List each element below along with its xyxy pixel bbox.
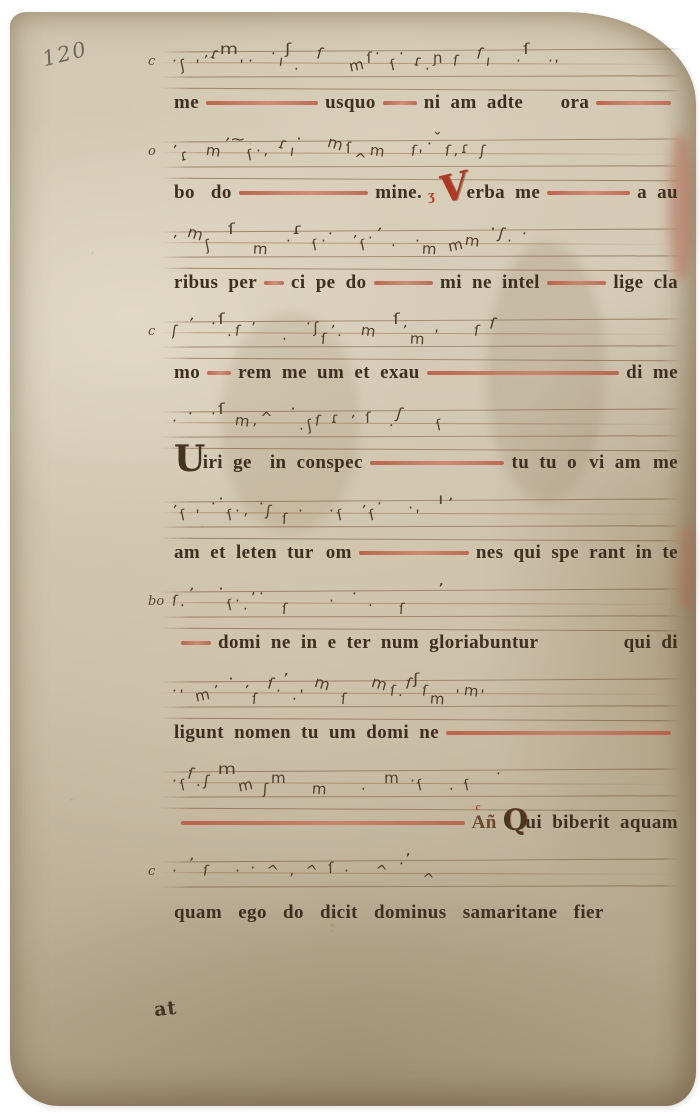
text-spacer	[252, 463, 270, 464]
lyric-text-row: AñcQui biberit aquam	[174, 812, 678, 834]
lyric-text-row: meusquoni am adteora	[174, 92, 678, 114]
lyric-segment: mo	[174, 362, 200, 384]
neume-glyph: ſ	[250, 679, 261, 716]
chant-system: ʼſ ʼ ··ſ·ʼ ·ʃ ſ · ·ſ ʼſ· ·ʼ ıʼam et lete…	[152, 492, 686, 580]
neume-row: · ʼ ſ · · ^ ʼ ^ ſ · ^ ·ʼ ^	[172, 848, 680, 896]
lyric-segment: a au	[637, 182, 678, 204]
neume-glyph: ʃ	[477, 131, 491, 172]
chant-system: ʼ mʃ ſ m ·ɾ ſ·· ʼſ·ʼ · ·m mm ·ʃ· ·ribus …	[152, 222, 686, 310]
neume-glyph: ɾ	[292, 218, 306, 249]
text-spacer	[195, 193, 211, 194]
lyric-text-row: morem me um et exaudi me	[174, 362, 678, 384]
lyric-segment: mi ne intel	[440, 272, 540, 294]
clef-letter: c	[148, 324, 155, 339]
lyric-segment: rem me um et exau	[238, 362, 420, 384]
neume-glyph: ·	[424, 49, 435, 86]
text-spacer	[641, 463, 653, 464]
neume-glyph: ſ	[523, 38, 533, 69]
red-filler-line	[370, 461, 505, 465]
staff-line	[160, 88, 682, 92]
lyric-text-row: quam ego do dicit dominus samaritane fie…	[174, 902, 678, 924]
lyric-segment: bo	[174, 182, 195, 204]
neume-row: ·ʃ ʼʼɾmʼ· ·ıʃ· ſ mſ· ſ· ɾ·ɲ ſ ſı ·ſ ·ʼ	[172, 38, 680, 86]
lyric-segment: nes qui spe rant in te	[476, 542, 678, 564]
neume-row: ʼſ ʼ ··ſ·ʼ ·ʃ ſ · ·ſ ʼſ· ·ʼ ıʼ	[172, 488, 680, 536]
lyric-text-row: domi ne in e ter num gloriabunturqui di	[174, 632, 678, 654]
lyric-segment: domi ne in e ter num gloriabuntur	[218, 632, 538, 654]
lyric-segment: am et leten tur	[174, 542, 314, 564]
staff-line	[160, 268, 682, 272]
red-filler-line	[207, 371, 231, 375]
staff-line	[160, 808, 682, 812]
neume-glyph: ·	[242, 589, 253, 626]
text-spacer	[538, 643, 623, 644]
neume-row: · · ·ſ mʼ^ ··ʃſ ɾ ʼ ſ ·ʃ ſ	[172, 398, 680, 446]
folio-number: 120	[40, 37, 91, 71]
lyric-segment: me	[515, 182, 540, 204]
neume-row: ſ·ʼ ·ſ··ʼ· ſ · · · ſ ʼ	[172, 578, 680, 626]
red-initial-v: V	[440, 183, 468, 190]
neume-glyph: m	[429, 678, 449, 716]
lyric-segment: me	[653, 452, 678, 474]
neume-row: ʼɾ mʼ~ſ·ʼ ɾı· mſ^m ſʼ·ˇſʼɾ ʃ	[172, 128, 680, 176]
lyric-text-row: am et leten turomnes qui spe rant in te	[174, 542, 678, 564]
lyric-text-row: ribus perci pe domi ne intellige cla	[174, 272, 678, 294]
lyric-segment: do	[211, 182, 232, 204]
staff-line	[160, 178, 682, 182]
red-filler-line	[181, 641, 211, 645]
neume-glyph: ·	[448, 769, 459, 806]
chant-system: ·ſſ·ʃ mm ʃm m · m ·ſ · ſ ·AñcQui biberit…	[152, 762, 686, 850]
chant-system: c·ʃ ʼʼɾmʼ· ·ıʃ· ſ mſ· ſ· ɾ·ɲ ſ ſı ·ſ ·ʼm…	[152, 42, 686, 130]
staff-line	[160, 538, 682, 542]
red-filler-line	[446, 731, 671, 735]
staff-line	[160, 448, 682, 452]
red-filler-line	[596, 101, 671, 105]
neume-row: ·ſſ·ʃ mm ʃm m · m ·ſ · ſ ·	[172, 758, 680, 806]
neume-glyph: ſ	[398, 589, 409, 626]
chant-system: boſ·ʼ ·ſ··ʼ· ſ · · · ſ ʼdomi ne in e ter…	[152, 582, 686, 670]
lyric-text-row: Uiri gein conspectu tu ovi amme	[174, 452, 678, 474]
lyric-segment: ora	[561, 92, 590, 114]
text-spacer	[523, 103, 560, 104]
red-filler-line	[181, 821, 465, 825]
clef-letter: c	[148, 864, 155, 879]
catchword: at	[153, 997, 178, 1021]
text-spacer	[314, 553, 326, 554]
staff-line	[160, 628, 682, 632]
red-filler-line	[264, 281, 284, 285]
red-filler-line	[427, 371, 619, 375]
neume-glyph: m	[409, 318, 429, 356]
chant-system: c· ʼ ſ · · ^ ʼ ^ ſ · ^ ·ʼ ^quam ego do d…	[152, 852, 686, 940]
chant-system: ·ʼ mʼ · ʼſ ſ·ʼ·ʼ m ſ mſ·ſʃſm ʼmʼligunt n…	[152, 672, 686, 760]
neume-row: ʼ mʃ ſ m ·ɾ ſ·· ʼſ·ʼ · ·m mm ·ʃ· ·	[172, 218, 680, 266]
lyric-segment: vi am	[589, 452, 641, 474]
lyric-text-row: ligunt nomen tu um domi ne	[174, 722, 678, 744]
clef-letter: o	[148, 144, 156, 159]
red-flourish: ʒ	[428, 188, 435, 205]
lyric-segment: di me	[626, 362, 678, 384]
lyric-segment: usquo	[325, 92, 376, 114]
red-filler-line	[359, 551, 469, 555]
antiphon-mark: Añc	[472, 812, 497, 834]
neume-glyph: ʼ	[438, 578, 448, 609]
neume-glyph: ^	[421, 859, 439, 896]
neume-glyph: m	[251, 228, 271, 266]
red-filler-line	[383, 101, 417, 105]
lyric-segment: ci pe do	[291, 272, 366, 294]
lyric-segment: tu tu o	[511, 452, 577, 474]
clef-letter: c	[148, 54, 155, 69]
staff-line	[160, 358, 682, 362]
neume-row: ʃ ʼ ·ſ·ſ ʼ · ·ʃſʼ· m ſʼm ʼ ſ ſ	[172, 308, 680, 356]
lyric-segment: mine.	[375, 182, 422, 204]
lyric-segment: ui biberit aquam	[525, 812, 678, 834]
lyric-segment: om	[326, 542, 352, 564]
red-filler-line	[206, 101, 318, 105]
neume-glyph: ſ	[485, 308, 505, 345]
lyric-segment: qui di	[624, 632, 678, 654]
staff-line	[160, 718, 682, 722]
manuscript-page: 120 c·ʃ ʼʼɾmʼ· ·ıʃ· ſ mſ· ſ· ɾ·ɲ ſ ſı ·ſ…	[10, 12, 696, 1106]
lyric-segment: iri ge	[203, 452, 252, 474]
lyric-segment: lige cla	[613, 272, 678, 294]
text-spacer	[577, 463, 589, 464]
lyric-segment: ligunt nomen tu um domi ne	[174, 722, 439, 744]
red-filler-line	[239, 191, 369, 195]
red-filler-line	[547, 281, 606, 285]
neume-glyph	[242, 319, 253, 356]
lyric-segment: ribus per	[174, 272, 257, 294]
lyric-segment: in conspec	[270, 452, 363, 474]
lyric-segment: me	[174, 92, 199, 114]
chant-system: oʼɾ mʼ~ſ·ʼ ɾı· mſ^m ſʼ·ˇſʼɾ ʃbodomine.ʒV…	[152, 132, 686, 220]
neume-glyph: ʃ	[262, 769, 273, 806]
red-filler-line	[547, 191, 630, 195]
lyric-segment: quam ego do dicit dominus samaritane fie…	[174, 902, 604, 924]
clef-letter: bo	[148, 594, 164, 609]
chant-system: cʃ ʼ ·ſ·ſ ʼ · ·ʃſʼ· m ſʼm ʼ ſ ſmorem me …	[152, 312, 686, 400]
red-superscript-letter: c	[476, 801, 481, 813]
chant-system: · · ·ſ mʼ^ ··ʃſ ɾ ʼ ſ ·ʃ ſUiri gein cons…	[152, 402, 686, 490]
red-filler-line	[374, 281, 433, 285]
lyric-segment: ni am adte	[424, 92, 524, 114]
neume-glyph: m	[421, 228, 441, 266]
neume-row: ·ʼ mʼ · ʼſ ſ·ʼ·ʼ m ſ mſ·ſʃſm ʼmʼ	[172, 668, 680, 716]
text-spacer	[505, 193, 515, 194]
neume-glyph: ʼ	[242, 499, 253, 536]
lyric-text-row: bodomine.ʒVerbamea au	[174, 182, 678, 204]
